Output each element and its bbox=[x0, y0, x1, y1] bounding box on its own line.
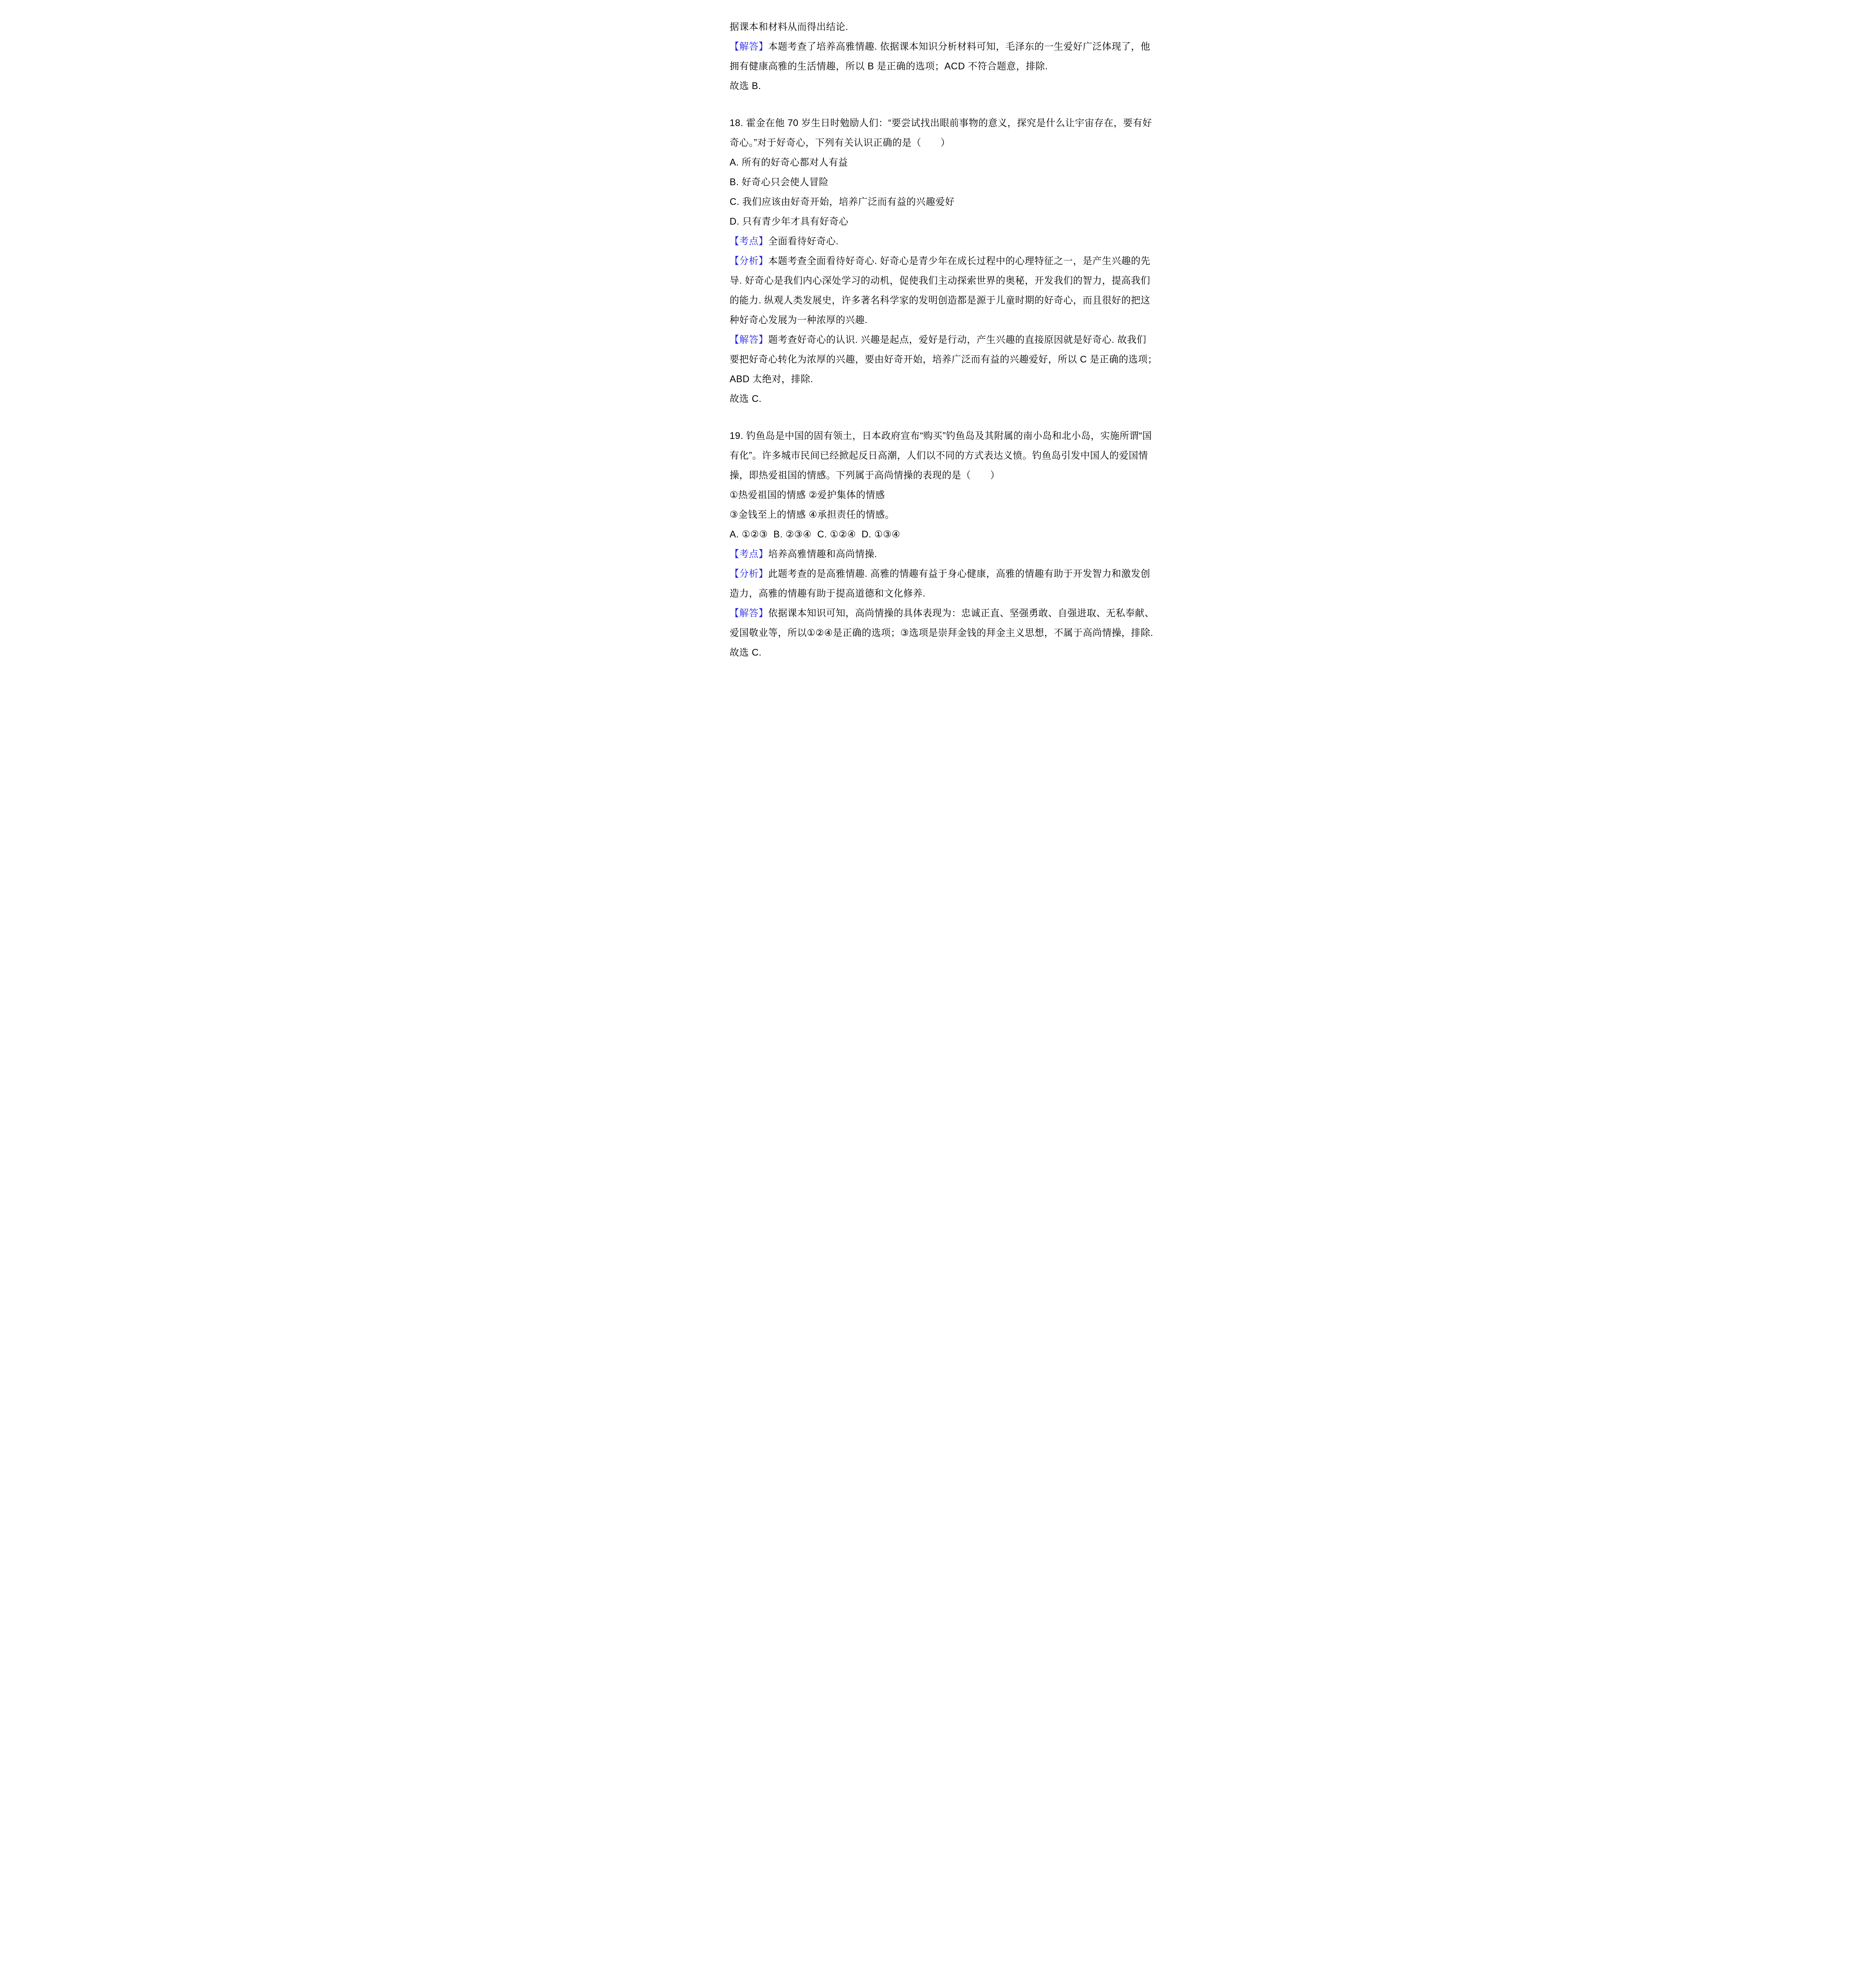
q19-stem-line-2: 有化”。许多城市民间已经掀起反日高潮，人们以不同的方式表达义愤。钓鱼岛引发中国人… bbox=[730, 446, 1149, 466]
q19-stem-line-1: 19. 钓鱼岛是中国的固有领土，日本政府宣布“购买”钓鱼岛及其附属的南小岛和北小… bbox=[730, 426, 1149, 446]
line-text: 有化”。许多城市民间已经掀起反日高潮，人们以不同的方式表达义愤。钓鱼岛引发中国人… bbox=[730, 450, 1148, 461]
q18-jieda-line-2: 要把好奇心转化为浓厚的兴趣，要由好奇开始，培养广泛而有益的兴趣爱好，所以 C 是… bbox=[730, 350, 1149, 370]
jieda-label: 【解答】 bbox=[730, 335, 768, 345]
q17-jieda-line-2: 拥有健康高雅的生活情趣，所以 B 是正确的选项；ACD 不符合题意，排除. bbox=[730, 57, 1149, 76]
line-text: 19. 钓鱼岛是中国的固有领土，日本政府宣布“购买”钓鱼岛及其附属的南小岛和北小… bbox=[730, 431, 1152, 441]
q19-items-line-1: ①热爱祖国的情感 ②爱护集体的情感 bbox=[730, 485, 1149, 505]
line-text: 培养高雅情趣和高尚情操. bbox=[768, 549, 877, 559]
q18-jieda-line-3: ABD 太绝对，排除. bbox=[730, 370, 1149, 389]
line-text: 种好奇心发展为一种浓厚的兴趣. bbox=[730, 315, 867, 325]
line-text: 本题考查全面看待好奇心. 好奇心是青少年在成长过程中的心理特征之一，是产生兴趣的… bbox=[768, 256, 1150, 266]
line-text: 本题考查了培养高雅情趣. 依据课本知识分析材料可知，毛泽东的一生爱好广泛体现了，… bbox=[768, 41, 1150, 52]
prev-answer-conclusion-line: 据课本和材料从而得出结论. bbox=[730, 17, 1149, 37]
q19-answer-line: 故选 C. bbox=[730, 643, 1149, 663]
q19-fenxi-line-2: 造力，高雅的情趣有助于提高道德和文化修养. bbox=[730, 584, 1149, 604]
line-text: 要把好奇心转化为浓厚的兴趣，要由好奇开始，培养广泛而有益的兴趣爱好，所以 C 是… bbox=[730, 354, 1157, 365]
q18-stem-line-1: 18. 霍金在他 70 岁生日时勉励人们：“要尝试找出眼前事物的意义，探究是什么… bbox=[730, 113, 1149, 133]
q19-options-line: A. ①②③ B. ②③④ C. ①②④ D. ①③④ bbox=[730, 525, 1149, 545]
line-text: 故选 B. bbox=[730, 81, 761, 91]
line-text: 故选 C. bbox=[730, 647, 762, 658]
line-text: ABD 太绝对，排除. bbox=[730, 374, 813, 385]
line-text: 全面看待好奇心. bbox=[768, 236, 839, 247]
q18-fenxi-line-2: 导. 好奇心是我们内心深处学习的动机，促使我们主动探索世界的奥秘，开发我们的智力… bbox=[730, 271, 1149, 291]
line-text: A. 所有的好奇心都对人有益 bbox=[730, 157, 848, 168]
line-text: 奇心。”对于好奇心，下列有关认识正确的是（ ） bbox=[730, 138, 950, 148]
q18-jieda-line-1: 【解答】题考查好奇心的认识. 兴趣是起点，爱好是行动，产生兴趣的直接原因就是好奇… bbox=[730, 330, 1149, 350]
q18-option-c: C. 我们应该由好奇开始，培养广泛而有益的兴趣爱好 bbox=[730, 192, 1149, 212]
line-text: B. 好奇心只会使人冒险 bbox=[730, 177, 828, 188]
q18-kaodian-line: 【考点】全面看待好奇心. bbox=[730, 232, 1149, 251]
q18-option-d: D. 只有青少年才具有好奇心 bbox=[730, 212, 1149, 232]
q18-option-a: A. 所有的好奇心都对人有益 bbox=[730, 153, 1149, 173]
q18-fenxi-line-3: 的能力. 纵观人类发展史，许多著名科学家的发明创造都是源于儿童时期的好奇心，而且… bbox=[730, 291, 1149, 310]
line-text: 题考查好奇心的认识. 兴趣是起点，爱好是行动，产生兴趣的直接原因就是好奇心. 故… bbox=[768, 335, 1146, 345]
line-text: 此题考查的是高雅情趣. 高雅的情趣有益于身心健康，高雅的情趣有助于开发智力和激发… bbox=[768, 569, 1150, 579]
line-text: 拥有健康高雅的生活情趣，所以 B 是正确的选项；ACD 不符合题意，排除. bbox=[730, 61, 1048, 72]
q18-fenxi-line-1: 【分析】本题考查全面看待好奇心. 好奇心是青少年在成长过程中的心理特征之一，是产… bbox=[730, 251, 1149, 271]
q18-option-b: B. 好奇心只会使人冒险 bbox=[730, 173, 1149, 192]
line-text: C. 我们应该由好奇开始，培养广泛而有益的兴趣爱好 bbox=[730, 197, 955, 207]
q18-stem-line-2: 奇心。”对于好奇心，下列有关认识正确的是（ ） bbox=[730, 133, 1149, 153]
kaodian-label: 【考点】 bbox=[730, 549, 768, 559]
line-text: ③金钱至上的情感 ④承担责任的情感。 bbox=[730, 509, 895, 520]
line-text: 依据课本知识可知，高尚情操的具体表现为：忠诚正直、坚强勇敢、自强进取、无私奉献、 bbox=[768, 608, 1154, 619]
q17-jieda-line-1: 【解答】本题考查了培养高雅情趣. 依据课本知识分析材料可知，毛泽东的一生爱好广泛… bbox=[730, 37, 1149, 57]
line-text: A. ①②③ B. ②③④ C. ①②④ D. ①③④ bbox=[730, 529, 900, 540]
q19-items-line-2: ③金钱至上的情感 ④承担责任的情感。 bbox=[730, 505, 1149, 525]
line-text: 的能力. 纵观人类发展史，许多著名科学家的发明创造都是源于儿童时期的好奇心，而且… bbox=[730, 295, 1150, 306]
line-text: D. 只有青少年才具有好奇心 bbox=[730, 216, 849, 227]
fenxi-label: 【分析】 bbox=[730, 569, 768, 579]
line-text: 造力，高雅的情趣有助于提高道德和文化修养. bbox=[730, 588, 925, 599]
q17-answer-line: 故选 B. bbox=[730, 76, 1149, 96]
q19-fenxi-line-1: 【分析】此题考查的是高雅情趣. 高雅的情趣有益于身心健康，高雅的情趣有助于开发智… bbox=[730, 564, 1149, 584]
line-text: 操，即热爱祖国的情感。下列属于高尚情操的表现的是（ ） bbox=[730, 470, 1000, 481]
line-text: ①热爱祖国的情感 ②爱护集体的情感 bbox=[730, 490, 885, 500]
line-text: 据课本和材料从而得出结论. bbox=[730, 22, 848, 32]
q18-fenxi-line-4: 种好奇心发展为一种浓厚的兴趣. bbox=[730, 310, 1149, 330]
q19-stem-line-3: 操，即热爱祖国的情感。下列属于高尚情操的表现的是（ ） bbox=[730, 466, 1149, 485]
line-text: 导. 好奇心是我们内心深处学习的动机，促使我们主动探索世界的奥秘，开发我们的智力… bbox=[730, 275, 1150, 286]
line-text: 18. 霍金在他 70 岁生日时勉励人们：“要尝试找出眼前事物的意义，探究是什么… bbox=[730, 118, 1152, 128]
kaodian-label: 【考点】 bbox=[730, 236, 768, 247]
q19-jieda-line-2: 爱国敬业等，所以①②④是正确的选项；③选项是崇拜金钱的拜金主义思想，不属于高尚情… bbox=[730, 623, 1149, 643]
jieda-label: 【解答】 bbox=[730, 41, 768, 52]
q18-answer-line: 故选 C. bbox=[730, 389, 1149, 409]
q19-jieda-line-1: 【解答】依据课本知识可知，高尚情操的具体表现为：忠诚正直、坚强勇敢、自强进取、无… bbox=[730, 604, 1149, 623]
line-text: 爱国敬业等，所以①②④是正确的选项；③选项是崇拜金钱的拜金主义思想，不属于高尚情… bbox=[730, 628, 1153, 638]
q19-kaodian-line: 【考点】培养高雅情趣和高尚情操. bbox=[730, 545, 1149, 564]
line-text: 故选 C. bbox=[730, 394, 762, 404]
jieda-label: 【解答】 bbox=[730, 608, 768, 619]
fenxi-label: 【分析】 bbox=[730, 256, 768, 266]
document-page: 据课本和材料从而得出结论. 【解答】本题考查了培养高雅情趣. 依据课本知识分析材… bbox=[704, 0, 1172, 663]
